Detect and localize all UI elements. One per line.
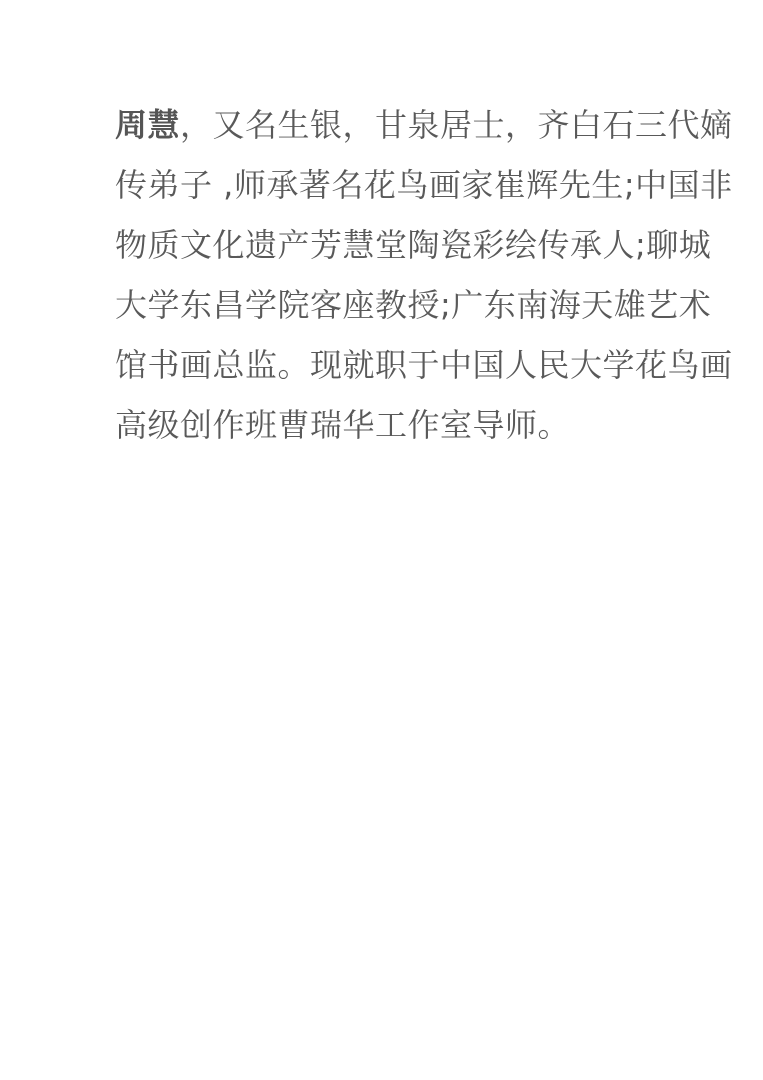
biography-paragraph: 周慧，又名生银，甘泉居士，齐白石三代嫡 传弟子 ,师承著名花鸟画家崔辉先生;中国…: [115, 95, 675, 455]
bio-line-6: 高级创作班曹瑞华工作室导师。: [115, 395, 675, 455]
artist-name: 周慧: [115, 106, 180, 144]
bio-line-4: 大学东昌学院客座教授;广东南海天雄艺术: [115, 275, 675, 335]
bio-line-1-text: ，又名生银，甘泉居士，齐白石三代嫡: [180, 106, 733, 144]
bio-line-1: 周慧，又名生银，甘泉居士，齐白石三代嫡: [115, 95, 675, 155]
bio-line-2: 传弟子 ,师承著名花鸟画家崔辉先生;中国非: [115, 155, 675, 215]
bio-line-3: 物质文化遗产芳慧堂陶瓷彩绘传承人;聊城: [115, 215, 675, 275]
bio-line-5: 馆书画总监。现就职于中国人民大学花鸟画: [115, 335, 675, 395]
document-page: 周慧，又名生银，甘泉居士，齐白石三代嫡 传弟子 ,师承著名花鸟画家崔辉先生;中国…: [0, 0, 763, 1080]
